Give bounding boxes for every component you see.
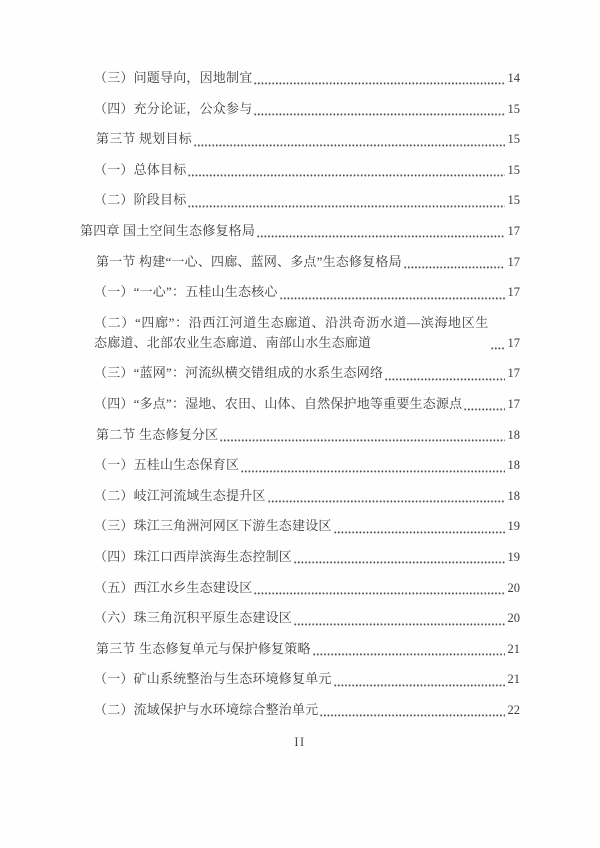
toc-page-number: 17 [508,394,521,414]
document-page: （三）问题导向，因地制宜 14 （四）充分论证，公众参与 15 第三节 规划目标… [0,0,600,848]
toc-list: （三）问题导向，因地制宜 14 （四）充分论证，公众参与 15 第三节 规划目标… [80,68,520,730]
toc-leader-dots [294,553,504,567]
toc-leader-dots [188,196,504,210]
toc-page-number: 14 [508,68,521,88]
toc-page-number: 21 [508,639,521,659]
toc-page-number: 19 [508,516,521,536]
toc-entry[interactable]: 第三节 规划目标 15 [96,129,520,149]
toc-entry-title: （二）阶段目标 [94,190,186,210]
toc-entry-title: 第三节 规划目标 [96,129,192,149]
toc-entry-title: （六）珠三角沉积平原生态建设区 [94,608,292,628]
toc-entry[interactable]: 第一节 构建“一心、四廊、蓝网、多点”生态修复格局 17 [96,252,520,272]
toc-entry[interactable]: 第三节 生态修复单元与保护修复策略 21 [96,639,520,659]
toc-leader-dots [404,258,505,272]
toc-leader-dots [313,645,505,659]
toc-entry[interactable]: （二）流域保护与水环境综合整治单元 22 [94,700,520,720]
toc-entry[interactable]: （六）珠三角沉积平原生态建设区 20 [94,608,520,628]
toc-leader-dots [491,339,505,353]
toc-entry-title: （五）西江水乡生态建设区 [94,578,252,598]
toc-page-number: 20 [508,608,521,628]
toc-entry-title: 第四章 国土空间生态修复格局 [80,221,255,241]
toc-page-number: 17 [508,333,521,353]
toc-entry[interactable]: （一）矿山系统整治与生态环境修复单元 21 [94,669,520,689]
toc-page-number: 21 [508,669,521,689]
toc-page-number: 18 [508,486,521,506]
toc-entry-title: （四）“多点”：湿地、农田、山体、自然保护地等重要生态源点 [94,394,462,414]
toc-entry-title: （二）岐江河流域生态提升区 [94,486,266,506]
toc-entry[interactable]: （四）充分论证，公众参与 15 [94,99,520,119]
toc-entry-title: （一）总体目标 [94,160,186,180]
toc-entry[interactable]: 第四章 国土空间生态修复格局 17 [80,221,520,241]
toc-entry[interactable]: （二）岐江河流域生态提升区 18 [94,486,520,506]
toc-page-number: 15 [508,129,521,149]
toc-entry[interactable]: （四）“多点”：湿地、农田、山体、自然保护地等重要生态源点 17 [94,394,520,414]
toc-page-number: 18 [508,455,521,475]
toc-entry[interactable]: （三）问题导向，因地制宜 14 [94,68,520,88]
toc-leader-dots [464,400,504,414]
toc-page-number: 17 [508,252,521,272]
toc-page-number: 15 [508,99,521,119]
toc-entry-title: 第二节 生态修复分区 [96,425,218,445]
toc-leader-dots [334,522,505,536]
toc-leader-dots [385,369,504,383]
toc-entry[interactable]: 第二节 生态修复分区 18 [96,425,520,445]
toc-page-number: 19 [508,547,521,567]
toc-page-number: 22 [508,700,521,720]
toc-entry-title: （三）珠江三角洲河网区下游生态建设区 [94,516,332,536]
toc-leader-dots [257,227,504,241]
toc-page-number: 15 [508,160,521,180]
toc-page-number: 15 [508,190,521,210]
toc-entry[interactable]: （一）“一心”：五桂山生态核心 17 [94,282,520,302]
toc-leader-dots [294,614,504,628]
toc-page-number: 20 [508,578,521,598]
toc-entry[interactable]: （三）珠江三角洲河网区下游生态建设区 19 [94,516,520,536]
toc-leader-dots [268,492,505,506]
toc-entry[interactable]: （二）“四廊”：沿西江河道生态廊道、沿洪奇沥水道—滨海地区生态廊道、北部农业生态… [94,313,520,353]
toc-leader-dots [254,584,504,598]
toc-entry-title: （四）充分论证，公众参与 [94,99,252,119]
toc-entry-title: （二）“四廊”：沿西江河道生态廊道、沿洪奇沥水道—滨海地区生态廊道、北部农业生态… [94,313,489,353]
toc-leader-dots [220,431,504,445]
toc-page-number: 17 [508,221,521,241]
toc-entry-title: （一）五桂山生态保育区 [94,455,239,475]
toc-leader-dots [334,675,505,689]
toc-leader-dots [188,166,504,180]
toc-entry-title: （一）矿山系统整治与生态环境修复单元 [94,669,332,689]
toc-entry-title: 第一节 构建“一心、四廊、蓝网、多点”生态修复格局 [96,252,402,272]
toc-entry[interactable]: （一）总体目标 15 [94,160,520,180]
toc-entry-title: 第三节 生态修复单元与保护修复策略 [96,639,311,659]
toc-entry[interactable]: （二）阶段目标 15 [94,190,520,210]
toc-entry[interactable]: （一）五桂山生态保育区 18 [94,455,520,475]
toc-entry[interactable]: （五）西江水乡生态建设区 20 [94,578,520,598]
toc-entry-title: （三）“蓝网”：河流纵横交错组成的水系生态网络 [94,363,383,383]
toc-page-number: 17 [508,282,521,302]
toc-entry-title: （三）问题导向，因地制宜 [94,68,252,88]
toc-leader-dots [241,461,504,475]
toc-entry-title: （一）“一心”：五桂山生态核心 [94,282,278,302]
toc-leader-dots [280,288,505,302]
toc-entry-title: （四）珠江口西岸滨海生态控制区 [94,547,292,567]
toc-entry[interactable]: （三）“蓝网”：河流纵横交错组成的水系生态网络 17 [94,363,520,383]
toc-leader-dots [320,706,504,720]
toc-page-number: 17 [508,363,521,383]
toc-leader-dots [254,105,504,119]
footer-page-number: II [0,735,600,750]
toc-entry-title: （二）流域保护与水环境综合整治单元 [94,700,318,720]
toc-leader-dots [254,74,504,88]
toc-page-number: 18 [508,425,521,445]
toc-entry[interactable]: （四）珠江口西岸滨海生态控制区 19 [94,547,520,567]
toc-leader-dots [194,135,505,149]
